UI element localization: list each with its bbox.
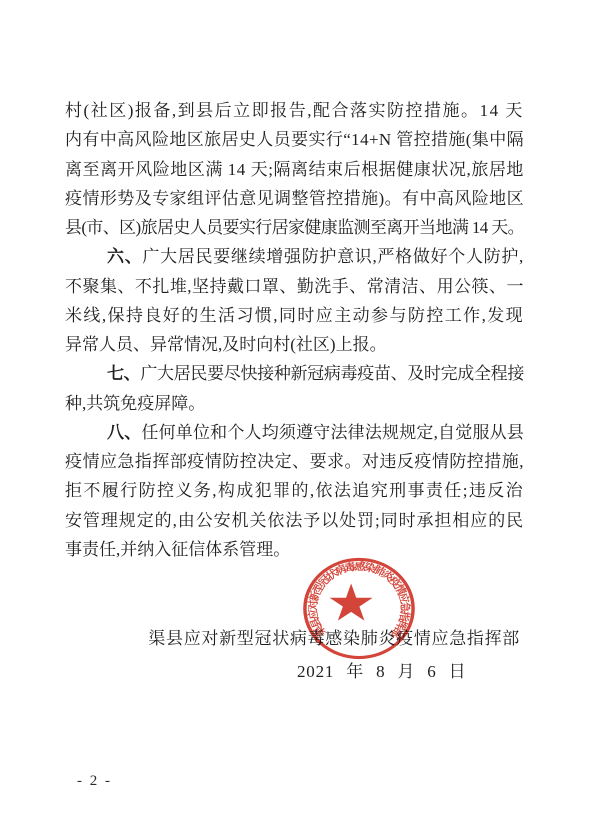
official-seal: 渠县应对新型冠状病毒感染肺炎疫情应急指挥部: [300, 555, 418, 662]
body-line: 六、广大居民要继续增强防护意识,严格做好个人防护,: [65, 242, 524, 271]
body-line: 米线,保持良好的生活习惯,同时应主动参与防控工作,发现: [65, 301, 524, 330]
body-line: 八、任何单位和个人均须遵守法律法规规定,自觉服从县: [65, 418, 524, 447]
body-line: 不聚集、不扎堆,坚持戴口罩、勤洗手、常清洁、用公筷、一: [65, 272, 524, 301]
body-line: 拒不履行防控义务,构成犯罪的,依法追究刑事责任;违反治: [65, 476, 524, 505]
body-line: 异常人员、异常情况,及时向村(社区)上报。: [65, 330, 524, 359]
body-line: 县(市、区)旅居史人员要实行居家健康监测至离开当地满 14 天。: [65, 213, 524, 242]
body-line: 七、广大居民要尽快接种新冠病毒疫苗、及时完成全程接: [65, 359, 524, 388]
body-line: 内有中高风险地区旅居史人员要实行“14+N 管控措施(集中隔: [65, 125, 524, 154]
body-line: 事责任,并纳入征信体系管理。: [65, 535, 524, 564]
body-line: 种,共筑免疫屏障。: [65, 389, 524, 418]
body-line: 离至离开风险地区满 14 天;隔离结束后根据健康状况,旅居地: [65, 155, 524, 184]
page-number: - 2 -: [77, 773, 112, 790]
document-page: 村(社区)报备,到县后立即报告,配合落实防控措施。14 天 内有中高风险地区旅居…: [0, 0, 591, 828]
body-line: 疫情形势及专家组评估意见调整管控措施)。有中高风险地区: [65, 184, 524, 213]
body-line: 安管理规定的,由公安机关依法予以处罚;同时承担相应的民: [65, 506, 524, 535]
seal-star-icon: [330, 584, 373, 621]
body-line: 疫情应急指挥部疫情防控决定、要求。对违反疫情防控措施,: [65, 447, 524, 476]
document-body: 村(社区)报备,到县后立即报告,配合落实防控措施。14 天 内有中高风险地区旅居…: [65, 96, 524, 564]
body-line: 村(社区)报备,到县后立即报告,配合落实防控措施。14 天: [65, 96, 524, 125]
